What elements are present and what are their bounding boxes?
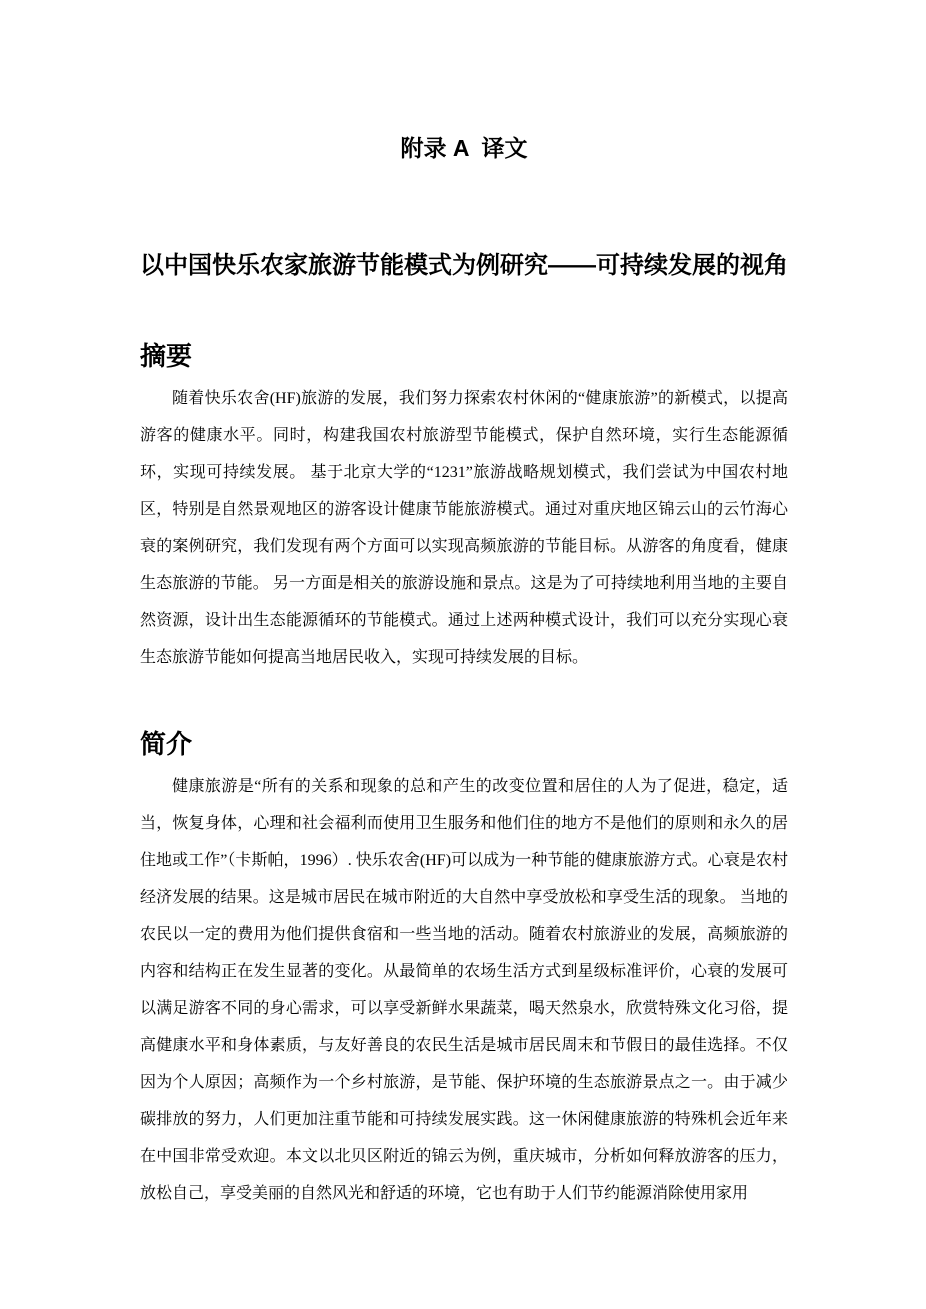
document-page: 附录 A 译文 以中国快乐农家旅游节能模式为例研究——可持续发展的视角 摘要 随… [0, 0, 926, 1309]
appendix-title: 附录 A 译文 [140, 134, 788, 162]
section-abstract: 摘要 随着快乐农舍(HF)旅游的发展，我们努力探索农村休闲的“健康旅游”的新模式… [140, 340, 788, 676]
main-title: 以中国快乐农家旅游节能模式为例研究——可持续发展的视角 [140, 250, 788, 282]
abstract-paragraph: 随着快乐农舍(HF)旅游的发展，我们努力探索农村休闲的“健康旅游”的新模式，以提… [140, 380, 788, 676]
introduction-paragraph: 健康旅游是“所有的关系和现象的总和产生的改变位置和居住的人为了促进，稳定，适当，… [140, 768, 788, 1212]
section-introduction: 简介 健康旅游是“所有的关系和现象的总和产生的改变位置和居住的人为了促进，稳定，… [140, 728, 788, 1212]
abstract-heading: 摘要 [140, 340, 788, 372]
introduction-heading: 简介 [140, 728, 788, 760]
